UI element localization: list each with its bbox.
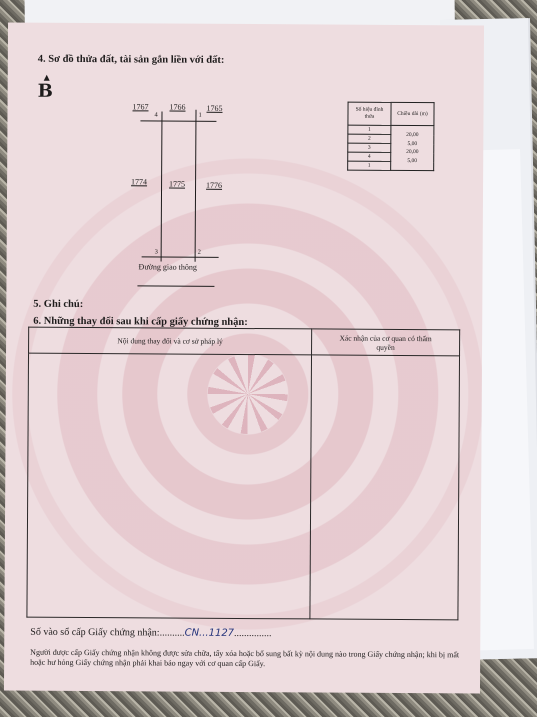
registration-number: CN...1127	[185, 628, 235, 639]
road-underline	[137, 285, 214, 286]
dimension-point: 2	[348, 134, 391, 143]
dimension-length: 5,00	[393, 156, 431, 165]
section4-title: 4. Sơ đồ thửa đất, tài sản gắn liền với …	[38, 54, 225, 66]
parcel-label-subject: 1775	[169, 180, 185, 189]
registration-line: Số vào sổ cấp Giấy chứng nhận:..........…	[30, 627, 271, 639]
changes-cell-confirmation	[310, 355, 460, 620]
dimension-point: 4	[348, 152, 391, 161]
changes-cell-content	[27, 353, 312, 619]
corner-point: 3	[155, 248, 158, 255]
corner-point: 2	[198, 249, 201, 256]
road-label: Đường giao thông	[139, 262, 197, 271]
corner-point: 4	[154, 111, 157, 118]
dimension-table: Số hiệu đỉnh thửa Chiều dài (m) 1 20,00 …	[347, 102, 434, 172]
north-arrow-icon: B	[38, 81, 53, 102]
section5-title: 5. Ghi chú:	[33, 299, 83, 310]
registration-dots: ...............	[234, 628, 272, 639]
plot-boundary-left	[161, 111, 163, 261]
registration-dots: ..........	[160, 627, 185, 638]
corner-point: 1	[198, 112, 201, 119]
dimension-header-point: Số hiệu đỉnh thửa	[348, 102, 391, 125]
dimension-point: 3	[348, 143, 391, 152]
parcel-label: 1774	[131, 177, 147, 186]
dimension-length: 5,00	[393, 139, 431, 148]
parcel-label: 1766	[170, 103, 186, 112]
dimension-point: 1	[348, 125, 391, 134]
changes-header-content: Nội dung thay đổi và cơ sở pháp lý	[29, 327, 312, 355]
plot-boundary-right	[195, 110, 197, 262]
parcel-label: 1765	[206, 104, 222, 113]
changes-header-confirmation: Xác nhận của cơ quan có thẩm quyền	[312, 329, 460, 356]
dimension-length: 20,00	[393, 148, 431, 157]
registration-label: Số vào sổ cấp Giấy chứng nhận:	[30, 627, 159, 639]
dimension-lengths: 20,00 5,00 20,00 5,00	[391, 125, 434, 170]
parcel-label: 1776	[206, 181, 222, 190]
certificate-notice: Người được cấp Giấy chứng nhận không đượ…	[30, 648, 460, 671]
dimension-point: 1	[348, 161, 391, 170]
parcel-label: 1767	[133, 102, 149, 111]
plot-boundary-bottom	[142, 256, 219, 257]
plot-boundary-top	[140, 120, 216, 121]
dimension-length: 20,00	[393, 131, 431, 140]
dimension-header-length: Chiều dài (m)	[391, 102, 434, 125]
changes-table: Nội dung thay đổi và cơ sở pháp lý Xác n…	[26, 327, 460, 621]
land-certificate-page: 4. Sơ đồ thửa đất, tài sản gắn liền với …	[4, 23, 484, 694]
